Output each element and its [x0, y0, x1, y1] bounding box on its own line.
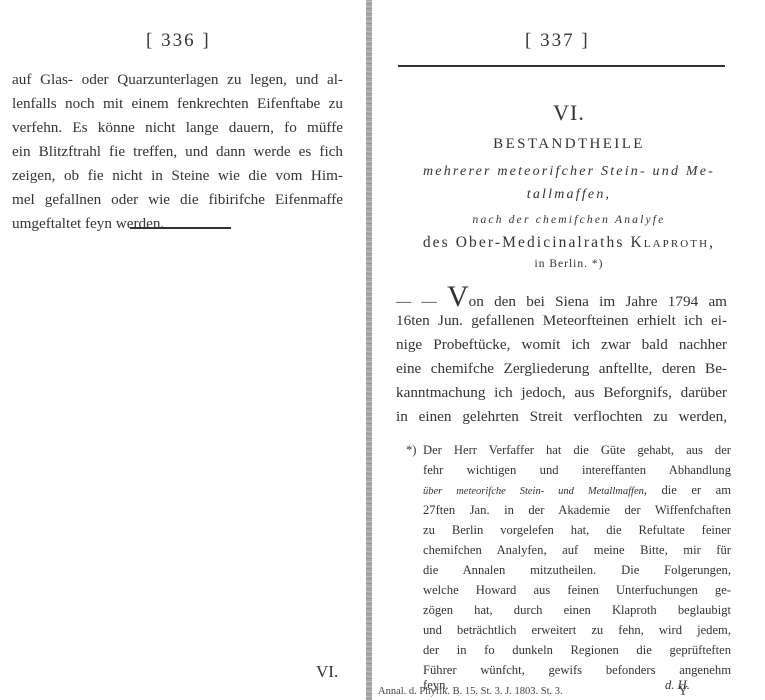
analysis-line: nach der chemifchen Analyfe [373, 214, 765, 226]
author-name: Klaproth [630, 234, 709, 251]
footnote-line: zögen hat, durch einen Klaproth beglaubi… [423, 601, 731, 621]
header-rule [398, 65, 725, 67]
page-number: [ 336 ] [146, 30, 211, 52]
author-prefix: des Ober-Medicinalraths [423, 234, 631, 251]
footnote-line: Der Herr Verfaffer hat die Güte gehabt, … [423, 441, 731, 461]
signature-line: Annal. d. Phyfik. B. 15. St. 3. J. 1803.… [378, 686, 563, 697]
footnote-line: der in fo dunkeln Regionen die geprüftef… [423, 641, 731, 661]
right-page: [ 337 ] VI. BESTANDTHEILE mehrerer meteo… [373, 0, 765, 700]
author-location: in Berlin. *) [373, 258, 765, 270]
text-line: auf Glas- oder Quarzunterlagen zu legen,… [12, 70, 343, 90]
footnote-line: chemifchen Analyfen, auf meine Bitte, mi… [423, 541, 731, 561]
footnote-line: 27ften Jan. in der Akademie der Wiffenfc… [423, 501, 731, 521]
footnote-line: fehr wichtigen und intereffanten Abhandl… [423, 461, 731, 481]
body-line: eine chemifche Zergliederung anftellte, … [396, 359, 727, 379]
body-first-line: — — Von den bei Siena im Jahre 1794 am [396, 287, 727, 312]
footnote-marker: *) [406, 441, 417, 461]
left-page: [ 336 ] auf Glas- oder Quarzunterlagen z… [0, 0, 366, 700]
article-title: BESTANDTHEILE [373, 136, 765, 153]
dashes: — — [396, 293, 447, 310]
article-subtitle-1: mehrerer meteorifcher Stein- und Me- [373, 164, 765, 180]
body-line: in einen gelehrten Streit verflochten zu… [396, 407, 727, 427]
footnote-line: welche Howard aus feinen Unterfuchungen … [423, 581, 731, 601]
footnote-line: zu Berlin vorgelefen hat, die Refultate … [423, 521, 731, 541]
footnote-italic-title: über meteorifche Stein- und Metallmaffen [423, 486, 644, 497]
footnote-line: die Annalen mitzutheilen. Die Folgerunge… [423, 561, 731, 581]
text-line: ein Blitzftrahl fie treffen, und dann we… [12, 142, 343, 162]
signature-mark: Y [678, 684, 688, 700]
author-suffix: , [709, 234, 715, 251]
author-line: des Ober-Medicinalraths Klaproth, [373, 234, 765, 252]
text-line: verfehn. Es könne nicht lange dauern, fo… [12, 118, 343, 138]
body-line: kanntmachung ich jedoch, aus Beforgnifs,… [396, 383, 727, 403]
section-numeral: VI. [373, 100, 765, 126]
drop-cap: V [447, 280, 469, 313]
first-line-text: on den bei Siena im Jahre 1794 am [469, 293, 727, 310]
footnote-line-3-rest: , die er am [644, 483, 731, 497]
page-number: [ 337 ] [525, 30, 590, 52]
section-divider [130, 227, 231, 229]
body-line: 16ten Jun. gefallenen Meteorfteinen erhi… [396, 311, 727, 331]
footnote-line: und beträchtlich erweitert zu fehn, wird… [423, 621, 731, 641]
text-line: lenfalls noch mit einem fenkrechten Eife… [12, 94, 343, 114]
article-subtitle-2: tallmaffen, [373, 187, 765, 203]
text-line: zeigen, ob fie nicht in Steine wie die v… [12, 166, 343, 186]
book-spine [366, 0, 372, 700]
text-line: umgeftaltet feyn werden. [12, 214, 164, 234]
footnote-line-3: über meteorifche Stein- und Metallmaffen… [423, 481, 731, 502]
body-line: nige Probeftücke, womit ich zwar bald na… [396, 335, 727, 355]
text-line: mel gefallnen oder wie die fibirifche Ei… [12, 190, 343, 210]
catchword: VI. [316, 662, 338, 682]
